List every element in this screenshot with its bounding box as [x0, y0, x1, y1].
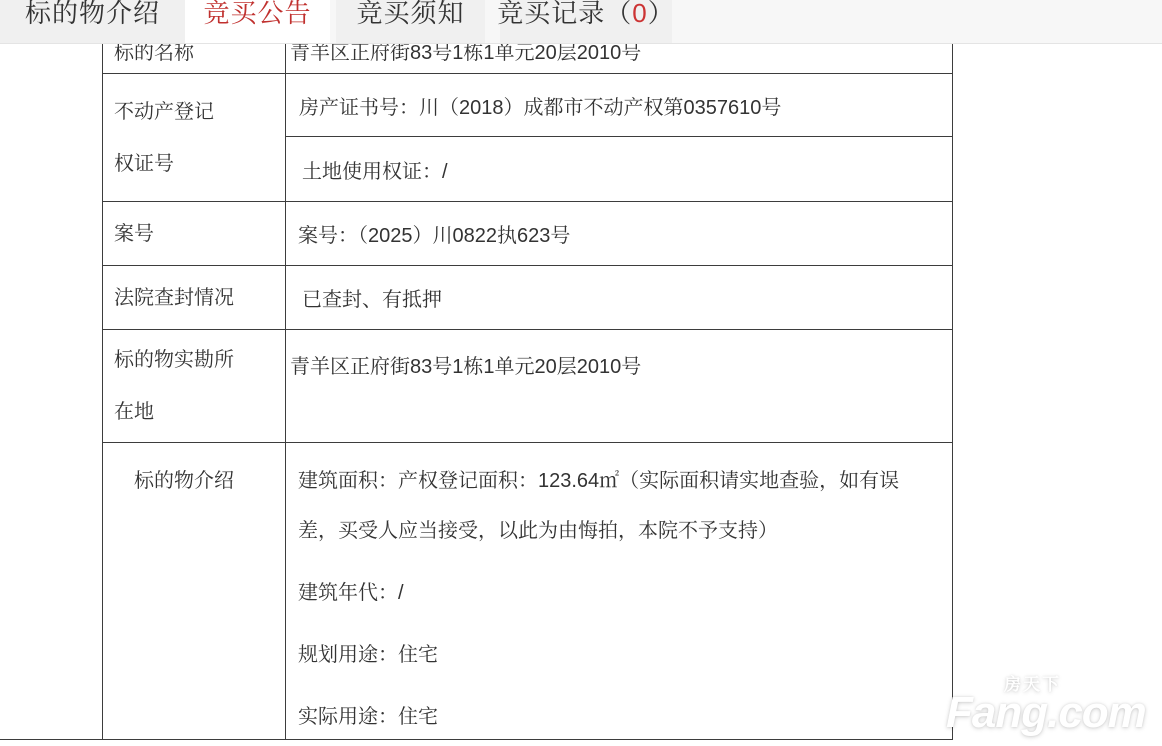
- table-row-subject-name: 标的名称 青羊区正府街83号1栋1单元20层2010号: [103, 44, 952, 74]
- building-year-text: 建筑年代：/: [298, 568, 952, 618]
- row-label: 标的名称: [103, 44, 286, 73]
- row-value: 青羊区正府街83号1栋1单元20层2010号: [286, 44, 952, 73]
- row-value: 青羊区正府街83号1栋1单元20层2010号: [286, 330, 952, 442]
- table-row-survey-location: 标的物实勘所 在地 青羊区正府街83号1栋1单元20层2010号: [103, 330, 952, 443]
- fang-chinese-logo-text: 房天下: [1004, 670, 1061, 695]
- table-row-registration-certificate: 不动产登记 权证号 房产证书号：川（2018）成都市不动产权第0357610号 …: [103, 74, 952, 202]
- tab-bidding-instructions[interactable]: 竞买须知: [336, 0, 485, 44]
- tab-label: 竞买公告: [203, 0, 311, 30]
- tab-bar: 标的物介绍 竞买公告 竞买须知 竞买记录（0）: [0, 0, 1162, 44]
- property-info-table: 标的名称 青羊区正府街83号1栋1单元20层2010号 不动产登记 权证号 房产…: [102, 44, 953, 739]
- land-use-certificate: 土地使用权证：/: [286, 137, 952, 201]
- actual-use-text: 实际用途：住宅: [298, 692, 952, 742]
- table-row-subject-description: 标的物介绍 建筑面积：产权登记面积：123.64㎡（实际面积请实地查验，如有误差…: [103, 443, 952, 739]
- row-value: 建筑面积：产权登记面积：123.64㎡（实际面积请实地查验，如有误差，买受人应当…: [286, 443, 952, 739]
- fang-logo-text: Fang.com: [946, 688, 1146, 738]
- row-value: 案号：（2025）川0822执623号: [286, 202, 952, 265]
- row-label: 标的物实勘所 在地: [103, 330, 286, 442]
- tab-bidding-records[interactable]: 竞买记录（0）: [500, 0, 672, 44]
- auction-detail-page: 标的物介绍 竞买公告 竞买须知 竞买记录（0） 标的名称 青羊区正府街83号1栋…: [0, 0, 1162, 746]
- building-area-text: 建筑面积：产权登记面积：123.64㎡（实际面积请实地查验，如有误差，买受人应当…: [298, 456, 952, 556]
- house-certificate-number: 房产证书号：川（2018）成都市不动产权第0357610号: [286, 74, 952, 137]
- fang-watermark-logo: 房天下 Fang.com: [946, 672, 1156, 738]
- table-row-case-number: 案号 案号：（2025）川0822执623号: [103, 202, 952, 266]
- row-label: 标的物介绍: [103, 443, 286, 739]
- record-count-badge: 0: [632, 0, 647, 28]
- tab-subject-introduction[interactable]: 标的物介绍: [0, 0, 185, 44]
- row-value: 已查封、有抵押: [286, 266, 952, 329]
- row-label: 法院查封情况: [103, 266, 286, 329]
- table-row-court-seizure-status: 法院查封情况 已查封、有抵押: [103, 266, 952, 330]
- tab-label: 竞买记录（0）: [497, 0, 675, 30]
- row-value-group: 房产证书号：川（2018）成都市不动产权第0357610号 土地使用权证：/: [286, 74, 952, 201]
- content-bottom-divider: [0, 739, 953, 740]
- tab-label-prefix: 竞买记录（: [497, 0, 632, 28]
- tab-bidding-announcement[interactable]: 竞买公告: [185, 0, 330, 44]
- tab-label: 标的物介绍: [25, 0, 160, 30]
- row-label: 不动产登记 权证号: [103, 74, 286, 201]
- planned-use-text: 规划用途：住宅: [298, 630, 952, 680]
- tab-label-suffix: ）: [648, 0, 675, 28]
- tab-label: 竞买须知: [356, 0, 464, 30]
- row-label: 案号: [103, 202, 286, 265]
